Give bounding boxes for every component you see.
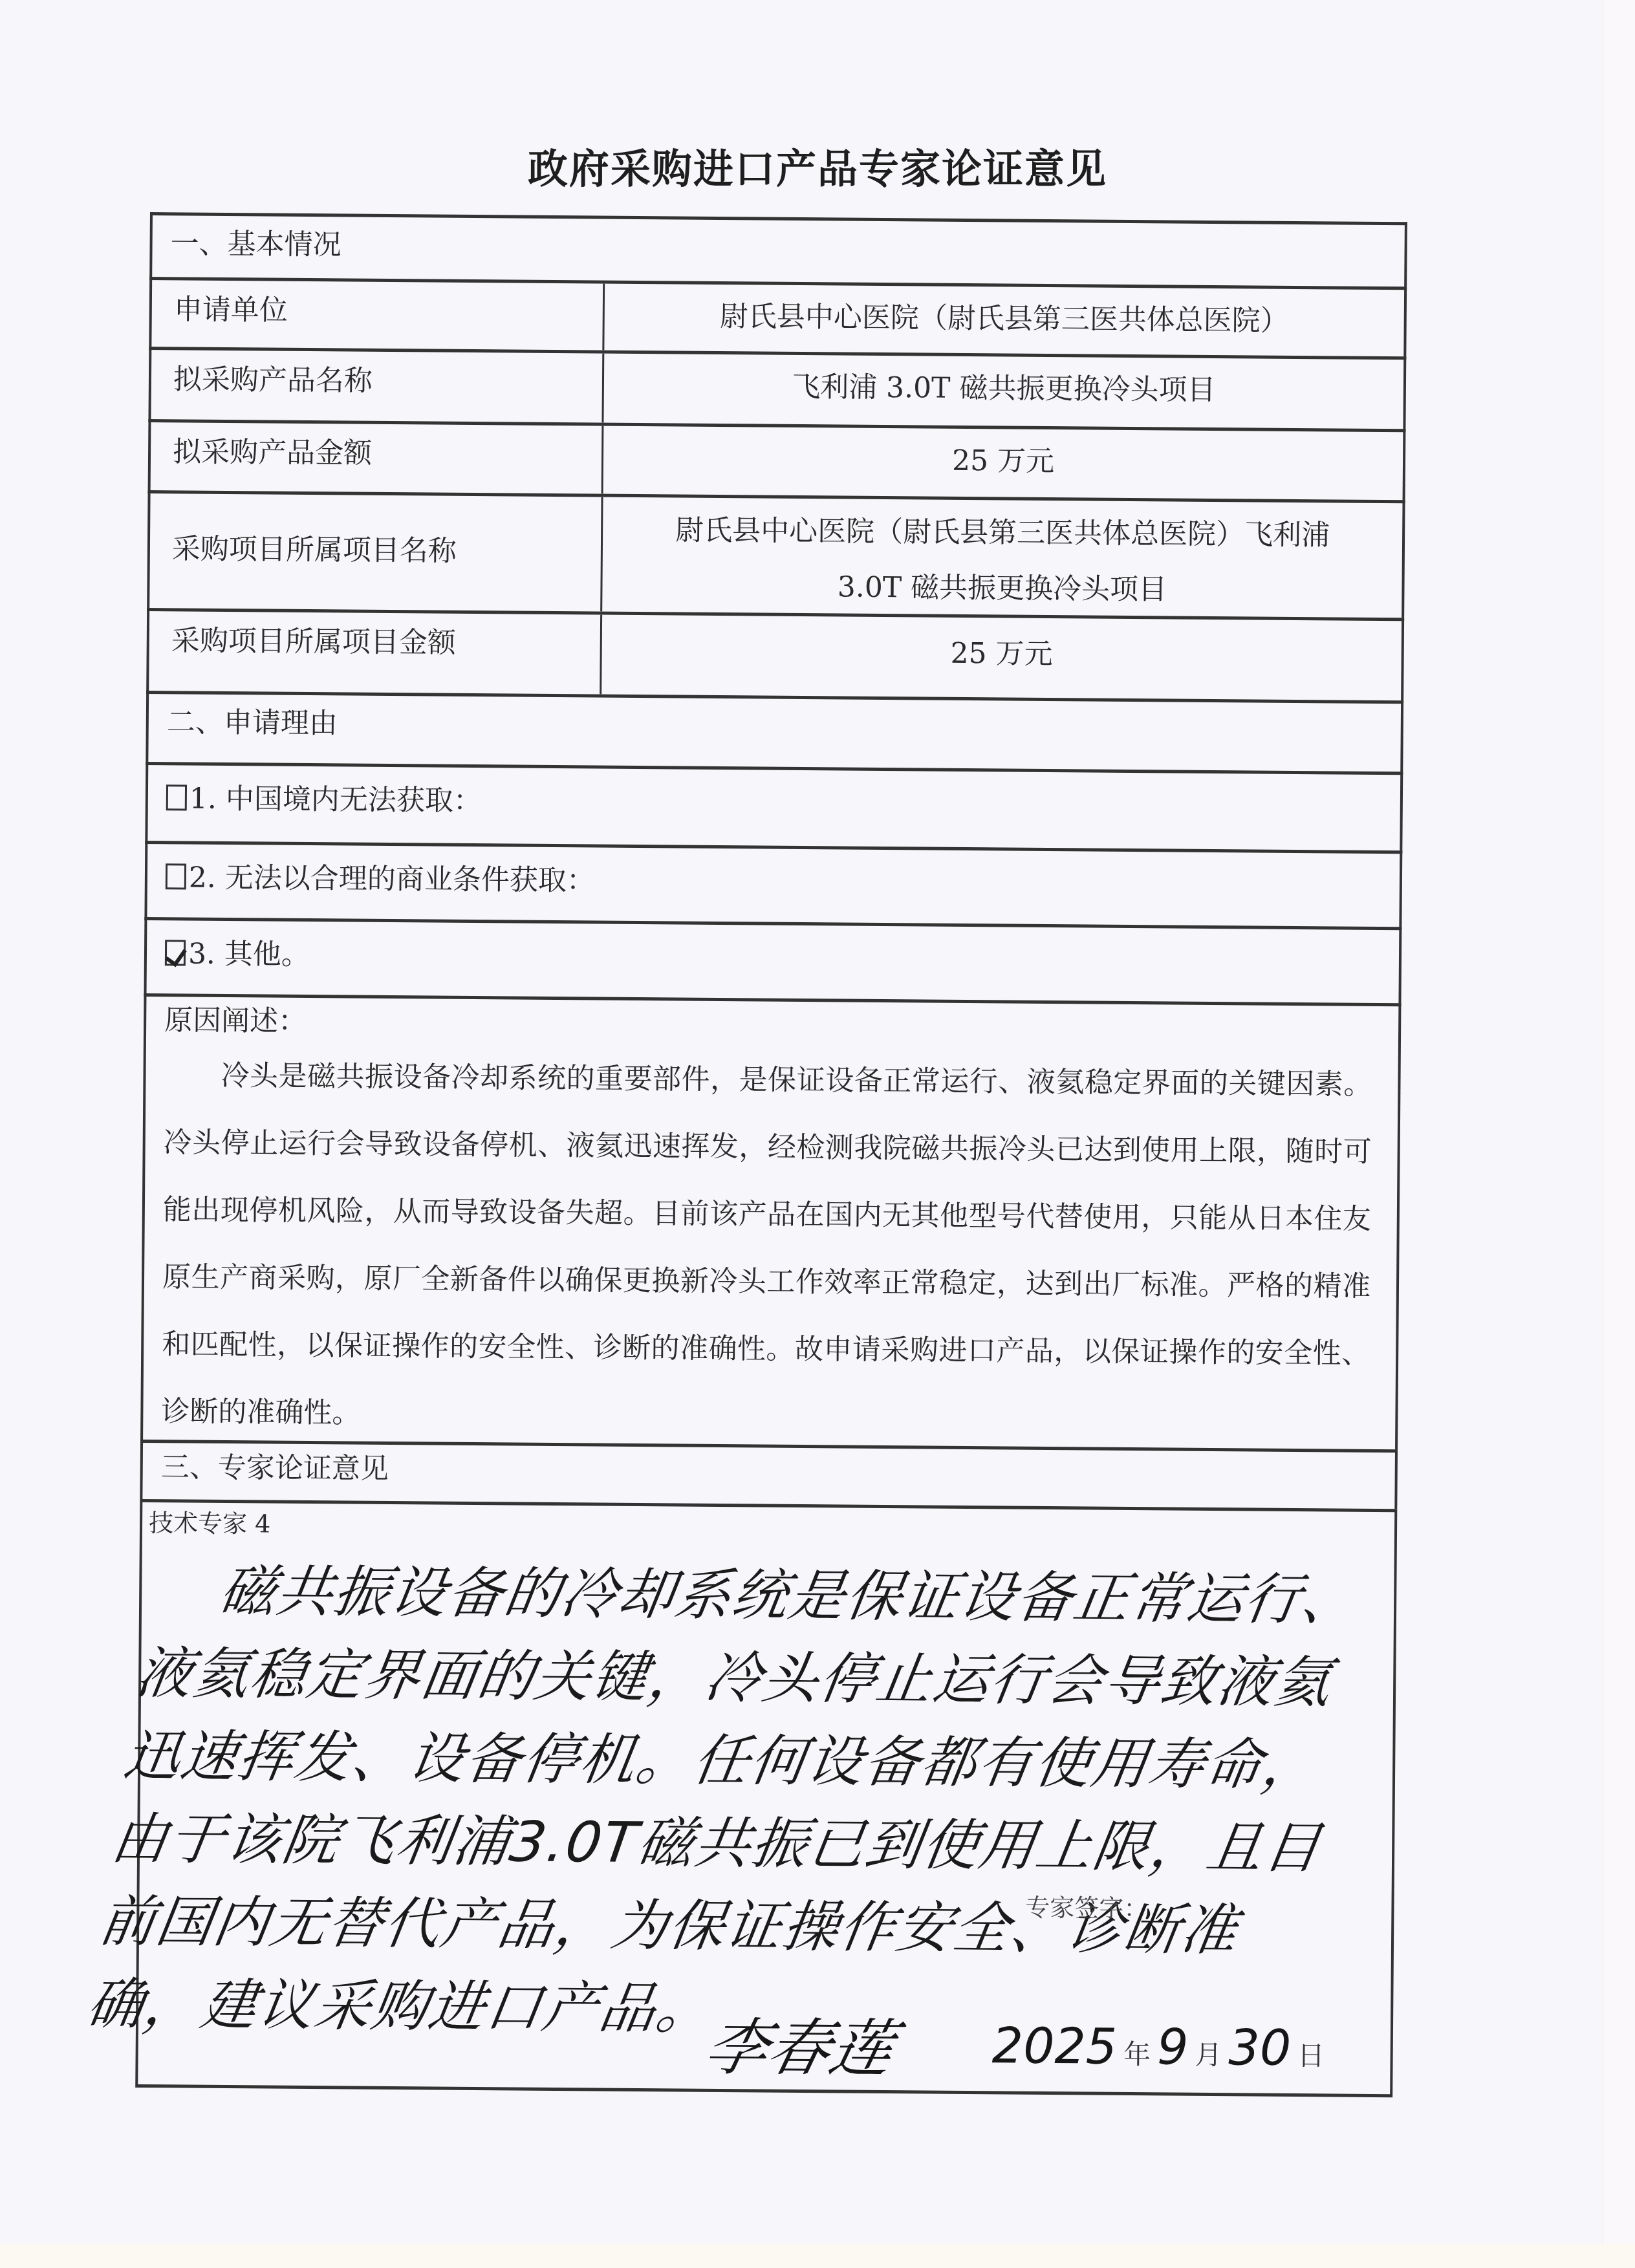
project-name-value-line1: 尉氏县中心医院（尉氏县第三医共体总医院）飞利浦	[603, 502, 1403, 565]
date-month-unit: 月	[1195, 2034, 1222, 2073]
option-row-3: 3. 其他。	[144, 917, 1402, 1003]
section-basic-info-heading: 一、基本情况	[152, 215, 1405, 286]
project-name-value: 尉氏县中心医院（尉氏县第三医共体总医院）飞利浦 3.0T 磁共振更换冷头项目	[602, 497, 1402, 618]
date-day-unit: 日	[1297, 2035, 1325, 2073]
product-name-label: 拟采购产品名称	[151, 350, 604, 422]
table-row-product-amount: 拟采购产品金额 25 万元	[148, 419, 1406, 500]
option-row-1: 1. 中国境内无法获取：	[145, 762, 1403, 850]
project-amount-label: 采购项目所属项目金额	[149, 611, 602, 694]
section-basic-info-heading-row: 一、基本情况	[149, 212, 1407, 286]
scan-page-edge	[1603, 0, 1635, 2268]
date-day: 30	[1228, 2018, 1291, 2077]
signature-date: 2025 年 9 月 30 日	[991, 2016, 1325, 2077]
product-amount-label: 拟采购产品金额	[151, 422, 604, 493]
checkbox-unchecked-icon[interactable]	[166, 784, 187, 810]
checkbox-unchecked-icon[interactable]	[166, 863, 186, 889]
document-title: 政府采购进口产品专家论证意见	[0, 137, 1635, 195]
table-row-project-amount: 采购项目所属项目金额 25 万元	[146, 608, 1404, 700]
section-expert-opinion-heading-row: 三、专家论证意见	[140, 1440, 1398, 1509]
table-row-applicant: 申请单位 尉氏县中心医院（尉氏县第三医共体总医院）	[149, 277, 1407, 356]
applicant-value: 尉氏县中心医院（尉氏县第三医共体总医院）	[604, 284, 1404, 357]
date-month: 9	[1157, 2018, 1189, 2075]
project-name-label: 采购项目所属项目名称	[149, 493, 603, 611]
option-1: 1. 中国境内无法获取：	[147, 765, 1400, 850]
option-2: 2. 无法以合理的商业条件获取：	[147, 844, 1400, 927]
handwritten-opinion: 磁共振设备的冷却系统是保证设备正常运行、液氦稳定界面的关键，冷头停止运行会导致液…	[67, 1540, 1394, 2055]
project-name-value-line2: 3.0T 磁共振更换冷头项目	[602, 558, 1402, 620]
section-reason-heading: 二、申请理由	[148, 694, 1401, 772]
scan-bottom-band	[0, 2244, 1635, 2268]
product-amount-value: 25 万元	[603, 426, 1403, 501]
date-year-unit: 年	[1123, 2033, 1151, 2072]
expert-signature: 李春莲	[698, 1998, 904, 2088]
checkbox-checked-icon[interactable]	[165, 940, 186, 966]
project-amount-value: 25 万元	[601, 615, 1402, 701]
product-name-value: 飞利浦 3.0T 磁共振更换冷头项目	[603, 354, 1403, 429]
date-year: 2025	[991, 2016, 1117, 2075]
expert-opinion-row: 技术专家 4 磁共振设备的冷却系统是保证设备正常运行、液氦稳定界面的关键，冷头停…	[135, 1499, 1397, 2097]
reason-text: 冷头是磁共振设备冷却系统的重要部件，是保证设备正常运行、液氦稳定界面的关键因素。…	[143, 1042, 1398, 1462]
section-reason-heading-row: 二、申请理由	[146, 691, 1403, 772]
option-1-label: 1. 中国境内无法获取：	[189, 783, 482, 818]
reason-explanation-row: 原因阐述： 冷头是磁共振设备冷却系统的重要部件，是保证设备正常运行、液氦稳定界面…	[140, 993, 1401, 1449]
applicant-label: 申请单位	[151, 280, 605, 350]
section-expert-opinion-heading: 三、专家论证意见	[142, 1443, 1395, 1509]
table-row-project-name: 采购项目所属项目名称 尉氏县中心医院（尉氏县第三医共体总医院）飞利浦 3.0T …	[147, 490, 1405, 618]
evaluation-form-table: 一、基本情况 申请单位 尉氏县中心医院（尉氏县第三医共体总医院） 拟采购产品名称…	[135, 212, 1407, 2097]
option-2-label: 2. 无法以合理的商业条件获取：	[189, 861, 595, 898]
option-3-label: 3. 其他。	[188, 937, 310, 971]
option-3: 3. 其他。	[147, 920, 1400, 1003]
expert-signature-label: 专家签字：	[1025, 1888, 1148, 1924]
option-row-2: 2. 无法以合理的商业条件获取：	[144, 841, 1402, 927]
table-row-product-name: 拟采购产品名称 飞利浦 3.0T 磁共振更换冷头项目	[148, 347, 1406, 429]
